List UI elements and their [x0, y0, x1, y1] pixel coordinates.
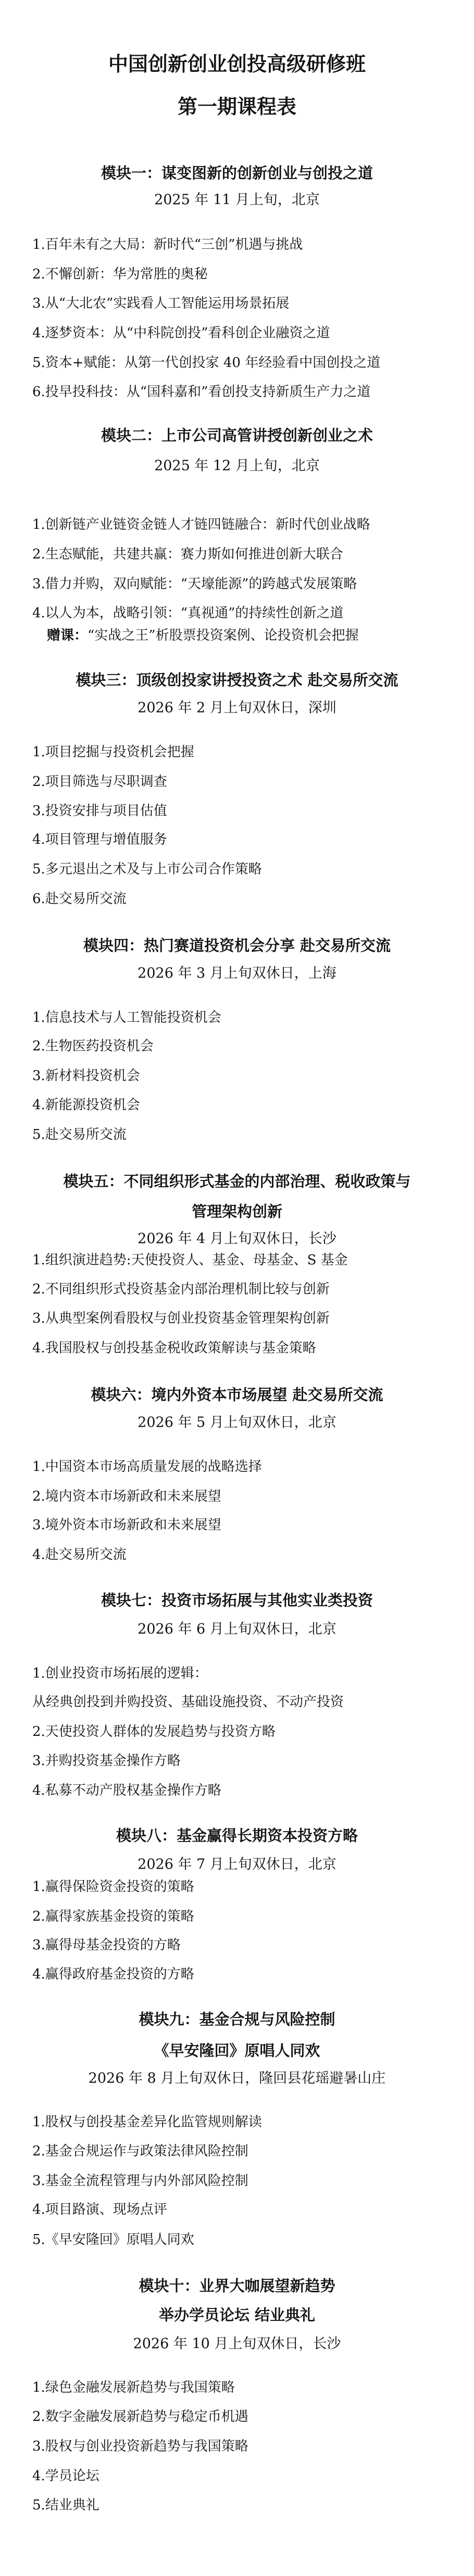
course-item: 2.项目筛选与尽职调查 — [32, 775, 167, 789]
module-heading: 模块五：不同组织形式基金的内部治理、税收政策与 — [0, 1174, 474, 1189]
course-item: 3.股权与创业投资新趋势与我国策略 — [32, 2440, 248, 2453]
course-item: 1.创业投资市场拓展的逻辑： — [32, 1667, 208, 1680]
course-item: 4.逐梦资本：从“中科院创投”看科创企业融资之道 — [32, 326, 330, 340]
course-item: 1.创新链产业链资金链人才链四链融合：新时代创业战略 — [32, 518, 370, 531]
course-item: 5.赴交易所交流 — [32, 1128, 127, 1141]
module-heading: 模块四：热门赛道投资机会分享 赴交易所交流 — [0, 938, 474, 954]
course-item: 1.股权与创投基金差异化监管规则解读 — [32, 2115, 262, 2129]
course-item: 5.结业典礼 — [32, 2498, 99, 2512]
course-item: 5.多元退出之术及与上市公司合作策略 — [32, 862, 262, 876]
course-item: 3.借力并购，双向赋能：“天壕能源”的跨越式发展策略 — [32, 577, 357, 591]
module-date: 2026 年 10 月上旬双休日，长沙 — [0, 2337, 474, 2351]
course-item: 2.基金合规运作与政策法律风险控制 — [32, 2144, 248, 2158]
module-heading: 模块七：投资市场拓展与其他实业类投资 — [0, 1593, 474, 1608]
course-item: 2.天使投资人群体的发展趋势与投资方略 — [32, 1725, 276, 1739]
module-heading: 模块八：基金赢得长期资本投资方略 — [0, 1829, 474, 1844]
course-item: 3.从“大北农”实践看人工智能运用场景拓展 — [32, 297, 289, 310]
module-date: 2025 年 12 月上旬，北京 — [0, 459, 474, 473]
course-item: 1.百年未有之大局：新时代“三创”机遇与挑战 — [32, 238, 303, 251]
course-item: 1.信息技术与人工智能投资机会 — [32, 1011, 221, 1024]
module-heading: 模块六：境内外资本市场展望 赴交易所交流 — [0, 1388, 474, 1403]
module-heading: 模块二：上市公司高管讲授创新创业之术 — [0, 428, 474, 443]
course-item: 4.学员论坛 — [32, 2469, 99, 2483]
module-heading: 模块九：基金合规与风险控制 — [0, 2012, 474, 2027]
course-item: 2.赢得家族基金投资的策略 — [32, 1910, 194, 1923]
course-item: 1.绿色金融发展新趋势与我国策略 — [32, 2381, 235, 2394]
module-heading-line2: 管理架构创新 — [0, 1204, 474, 1220]
course-item: 4.项目路演、现场点评 — [32, 2203, 167, 2216]
course-item: 4.项目管理与增值服务 — [32, 833, 167, 846]
course-item: 5.《早安隆回》原唱人同欢 — [32, 2233, 194, 2247]
course-item: 2.不懈创新：华为常胜的奥秘 — [32, 268, 208, 281]
course-item: 2.生物医药投资机会 — [32, 1039, 154, 1053]
bonus-course: 赠课：“实战之王”析股票投资案例、论投资机会把握 — [47, 629, 359, 642]
module-date: 2026 年 8 月上旬双休日，隆回县花瑶避暑山庄 — [0, 2072, 474, 2086]
document-title: 中国创新创业创投高级研修班 — [0, 54, 474, 74]
module-heading: 模块一：谋变图新的创新创业与创投之道 — [0, 166, 474, 181]
module-heading: 模块十：业界大咖展望新趋势 — [0, 2279, 474, 2294]
course-item: 4.赢得政府基金投资的方略 — [32, 1968, 194, 1981]
course-item: 1.项目挖掘与投资机会把握 — [32, 745, 194, 759]
module-date: 2026 年 7 月上旬双休日，北京 — [0, 1858, 474, 1872]
course-item: 4.新能源投资机会 — [32, 1098, 140, 1112]
module-date: 2026 年 5 月上旬双休日，北京 — [0, 1416, 474, 1430]
course-item: 2.境内资本市场新政和未来展望 — [32, 1490, 221, 1503]
course-item: 3.从典型案例看股权与创业投资基金管理架构创新 — [32, 1312, 330, 1325]
course-item: 3.投资安排与项目估值 — [32, 804, 167, 818]
course-item: 3.基金全流程管理与内外部风险控制 — [32, 2174, 248, 2188]
course-item: 1.中国资本市场高质量发展的战略选择 — [32, 1460, 262, 1474]
course-item: 4.我国股权与创投基金税收政策解读与基金策略 — [32, 1341, 316, 1355]
course-item: 5.资本+赋能：从第一代创投家 40 年经验看中国创投之道 — [32, 356, 380, 370]
bonus-course-text: “实战之王”析股票投资案例、论投资机会把握 — [88, 628, 359, 643]
course-item: 3.并购投资基金操作方略 — [32, 1754, 181, 1768]
module-heading: 模块三：顶级创投家讲授投资之术 赴交易所交流 — [0, 673, 474, 688]
course-item: 3.新材料投资机会 — [32, 1069, 140, 1083]
course-item: 3.境外资本市场新政和未来展望 — [32, 1518, 221, 1532]
course-item: 1.赢得保险资金投资的策略 — [32, 1880, 194, 1894]
course-item: 从经典创投到并购投资、基础设施投资、不动产投资 — [32, 1695, 344, 1709]
course-item: 2.数字金融发展新趋势与稳定币机遇 — [32, 2410, 248, 2423]
module-date: 2026 年 4 月上旬双休日，长沙 — [0, 1232, 474, 1246]
module-heading-line2: 举办学员论坛 结业典礼 — [0, 2308, 474, 2323]
course-item: 6.投早投科技：从“国科嘉和”看创投支持新质生产力之道 — [32, 385, 370, 399]
bonus-course-label: 赠课： — [47, 628, 88, 643]
course-item: 1.组织演进趋势:天使投资人、基金、母基金、S 基金 — [32, 1253, 348, 1267]
course-item: 6.赴交易所交流 — [32, 892, 127, 906]
module-heading-line2: 《早安隆回》原唱人同欢 — [0, 2044, 474, 2059]
course-item: 4.以人为本，战略引领：“真视通”的持续性创新之道 — [32, 606, 343, 620]
document-subtitle: 第一期课程表 — [0, 97, 474, 117]
module-date: 2025 年 11 月上旬，北京 — [0, 193, 474, 207]
course-item: 2.不同组织形式投资基金内部治理机制比较与创新 — [32, 1283, 330, 1296]
course-item: 3.赢得母基金投资的方略 — [32, 1938, 181, 1952]
module-date: 2026 年 2 月上旬双休日，深圳 — [0, 701, 474, 715]
course-item: 4.赴交易所交流 — [32, 1548, 127, 1562]
course-item: 4.私募不动产股权基金操作方略 — [32, 1784, 221, 1797]
module-date: 2026 年 3 月上旬双休日，上海 — [0, 967, 474, 981]
course-item: 2.生态赋能，共建共赢：赛力斯如何推进创新大联合 — [32, 548, 343, 561]
module-date: 2026 年 6 月上旬双休日，北京 — [0, 1622, 474, 1636]
